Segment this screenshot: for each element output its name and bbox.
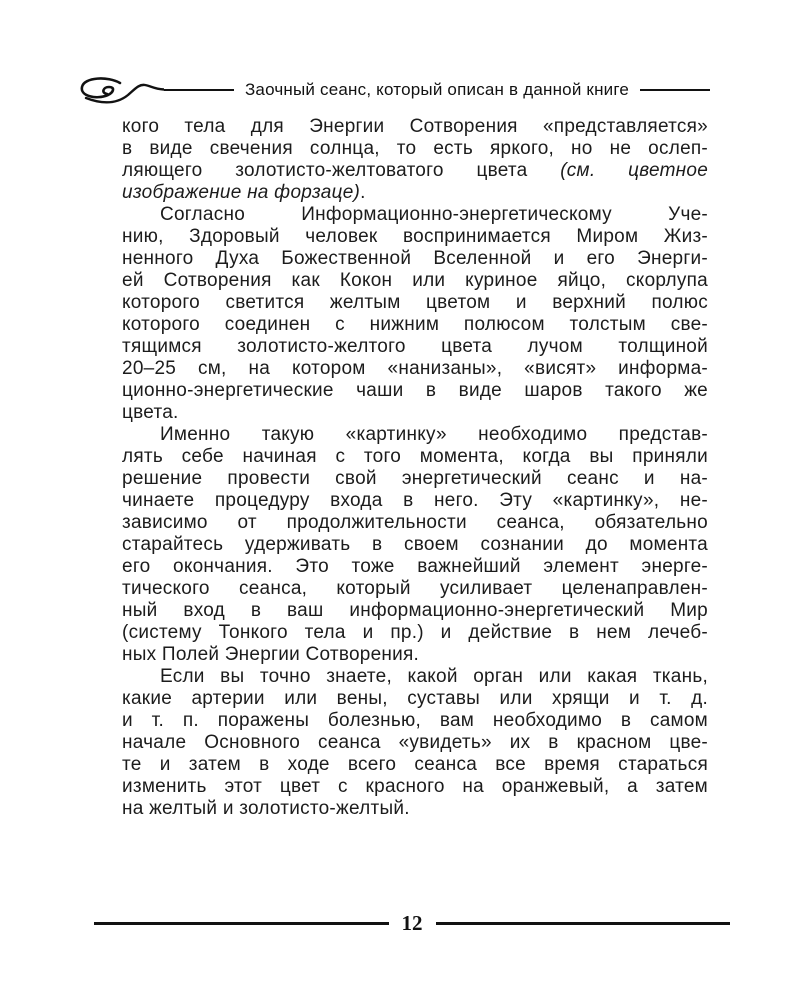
- text-line: изображение на форзаце).: [122, 182, 708, 204]
- text-line: решение провести свой энергетический сеа…: [122, 468, 708, 490]
- text-line: ных Полей Энергии Сотворения.: [122, 644, 708, 666]
- text-line: те и затем в ходе всего сеанса все время…: [122, 754, 708, 776]
- text-line: тического сеанса, который усиливает целе…: [122, 578, 708, 600]
- running-title: Заочный сеанс, который описан в данной к…: [245, 80, 629, 100]
- text-line: цвета.: [122, 402, 708, 424]
- text-line: 20–25 см, на котором «нанизаны», «висят»…: [122, 358, 708, 380]
- page-number: 12: [402, 911, 423, 936]
- text-line: ный вход в ваш информационно-энергетичес…: [122, 600, 708, 622]
- text-line: которого светится желтым цветом и верхни…: [122, 292, 708, 314]
- text-line: нию, Здоровый человек воспринимается Мир…: [122, 226, 708, 248]
- text-line: Если вы точно знаете, какой орган или ка…: [122, 666, 708, 688]
- text-line: которого соединен с нижним полюсом толст…: [122, 314, 708, 336]
- text-line: Согласно Информационно-энергетическому У…: [122, 204, 708, 226]
- header-swash-icon: [74, 74, 164, 106]
- text-line: какие артерии или вены, суставы или хрящ…: [122, 688, 708, 710]
- text-line: его окончания. Это тоже важнейший элемен…: [122, 556, 708, 578]
- footer-rule-right: [436, 922, 731, 925]
- text-line: изменить этот цвет с красного на оранжев…: [122, 776, 708, 798]
- text-line: чинаете процедуру входа в него. Эту «кар…: [122, 490, 708, 512]
- text-line: (систему Тонкого тела и пр.) и действие …: [122, 622, 708, 644]
- text-line: тящимся золотисто-желтого цвета лучом то…: [122, 336, 708, 358]
- header-rule-left: [164, 89, 234, 91]
- text-line: зависимо от продолжительности сеанса, об…: [122, 512, 708, 534]
- text-line: на желтый и золотисто-желтый.: [122, 798, 708, 820]
- text-line: начале Основного сеанса «увидеть» их в к…: [122, 732, 708, 754]
- header-rule-right: [640, 89, 710, 91]
- text-line: лять себе начиная с того момента, когда …: [122, 446, 708, 468]
- text-line: ей Сотворения как Кокон или куриное яйцо…: [122, 270, 708, 292]
- body-text: кого тела для Энергии Сотворения «предст…: [122, 116, 708, 820]
- text-line: Именно такую «картинку» необходимо предс…: [122, 424, 708, 446]
- footer-rule-left: [94, 922, 389, 925]
- text-line: ненного Духа Божественной Вселенной и ег…: [122, 248, 708, 270]
- running-header: Заочный сеанс, который описан в данной к…: [74, 74, 710, 106]
- text-line: ционно-энергетические чаши в виде шаров …: [122, 380, 708, 402]
- text-line: ляющего золотисто-желтоватого цвета (см.…: [122, 160, 708, 182]
- text-line: и т. п. поражены болезнью, вам необходим…: [122, 710, 708, 732]
- text-line: в виде свечения солнца, то есть яркого, …: [122, 138, 708, 160]
- text-line: старайтесь удерживать в своем сознании д…: [122, 534, 708, 556]
- text-line: кого тела для Энергии Сотворения «предст…: [122, 116, 708, 138]
- page-footer: 12: [94, 912, 730, 934]
